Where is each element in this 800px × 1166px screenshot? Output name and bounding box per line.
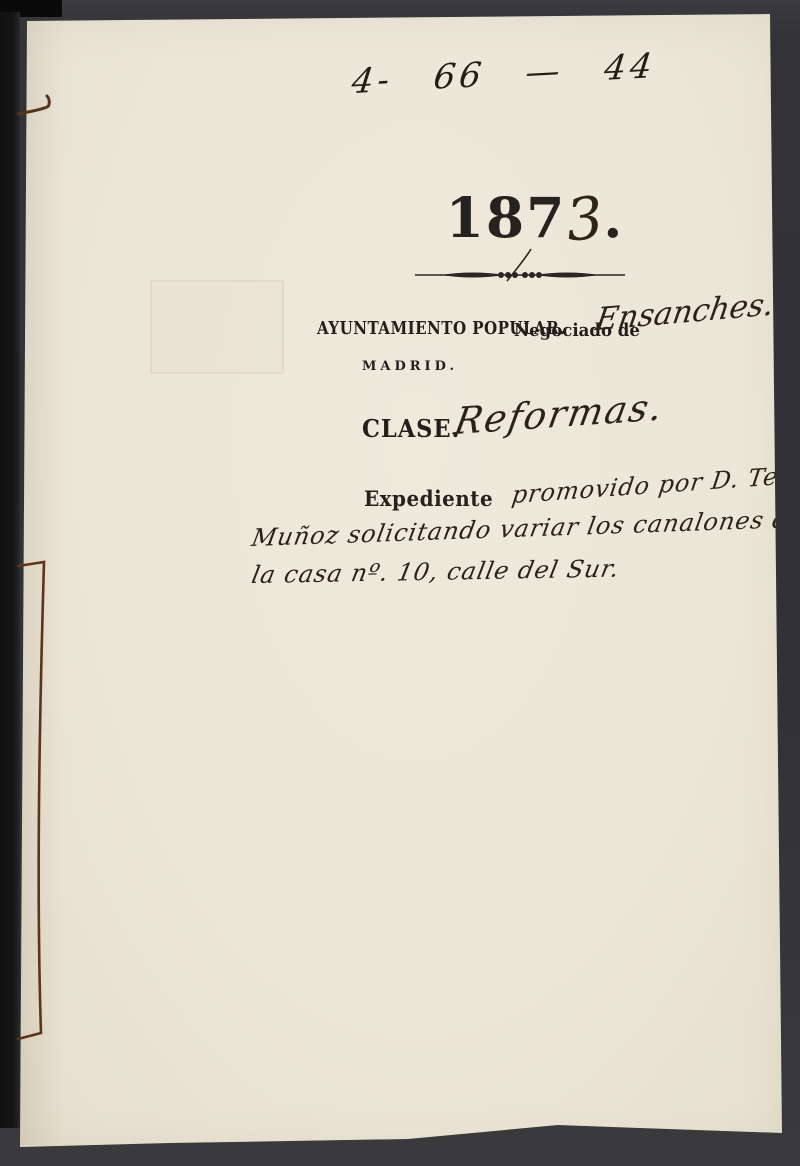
page-left-shading xyxy=(20,20,66,1145)
clase-value-handwritten: Reformas. xyxy=(451,385,667,443)
negociado-value-handwritten: Ensanches. xyxy=(593,286,777,338)
bleedthrough-ghost xyxy=(150,280,284,374)
clase-label: CLASE. xyxy=(362,414,460,443)
city-name: MADRID. xyxy=(362,359,458,374)
divider-ornament-icon xyxy=(413,247,627,283)
expediente-label: Expediente xyxy=(364,486,493,511)
year-heading: 1873. xyxy=(415,183,655,251)
year-handwritten-digit: 3 xyxy=(563,183,607,254)
year-period: . xyxy=(603,185,624,250)
scanned-document: 4- 66 — 44 1873. AYUNTAMIENTO POPULAR. M… xyxy=(0,0,800,1166)
binding-gutter-shadow xyxy=(0,12,20,1128)
archive-number-annotation: 4- 66 — 44 xyxy=(350,46,659,102)
document-page: 4- 66 — 44 1873. AYUNTAMIENTO POPULAR. M… xyxy=(0,0,800,1166)
expediente-line-2: Muñoz solicitando variar los canalones d… xyxy=(250,505,800,552)
year-printed: 187 xyxy=(446,185,567,250)
expediente-line-3: la casa nº. 10, calle del Sur. xyxy=(249,555,622,590)
expediente-line-1: promovido por D. Teodoro xyxy=(510,457,800,509)
